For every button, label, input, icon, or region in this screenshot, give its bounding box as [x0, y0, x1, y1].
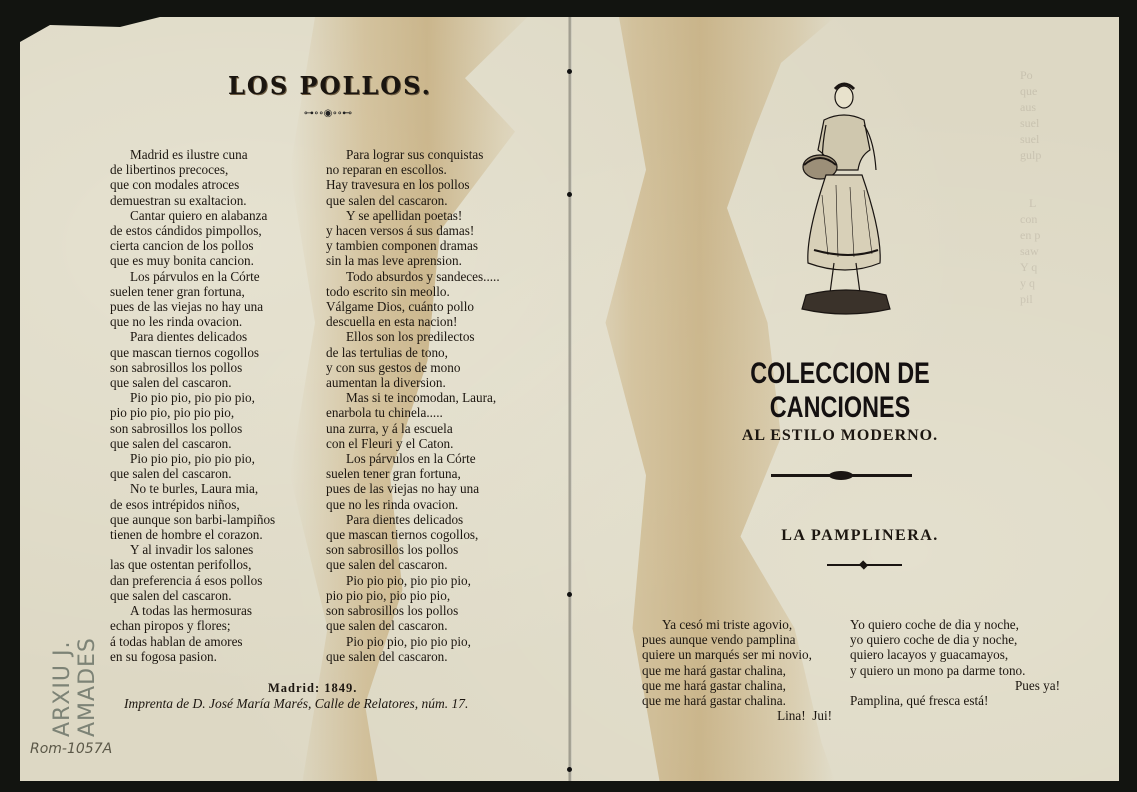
song-title: LA PAMPLINERA. — [740, 527, 980, 545]
imprint-printer: Imprenta de D. José María Marés, Calle d… — [124, 696, 468, 712]
verse-line: de libertinos precoces, — [110, 162, 275, 177]
stitch-hole — [567, 767, 572, 772]
verse-line: Pio pio pio, pio pio pio, — [110, 390, 275, 405]
verse-line: y hacen versos á sus damas! — [326, 223, 500, 238]
stitch-hole — [567, 69, 572, 74]
verse-line: pio pio pio, pio pio pio, — [110, 405, 275, 420]
verse-line: yo quiero coche de dia y noche, — [850, 632, 1060, 647]
ornament-rule-short — [827, 564, 902, 566]
imprint-city-year: Madrid: 1849. — [268, 681, 357, 696]
verse-line: Pio pio pio, pio pio pio, — [326, 634, 500, 649]
verse-line: con el Fleuri y el Caton. — [326, 436, 500, 451]
verse-line: que es muy bonita cancion. — [110, 253, 275, 268]
verse-line: cierta cancion de los pollos — [110, 238, 275, 253]
verse-line: de las tertulias de tono, — [326, 345, 500, 360]
verse-line: y quiero un mono pa darme tono. — [850, 663, 1060, 678]
verse-line: Pues ya! — [850, 678, 1060, 693]
verse-line: tienen de hombre el corazon. — [110, 527, 275, 542]
document-sheet: Po que aus suel suel gulp L con en p saw… — [20, 17, 1119, 781]
center-fold — [568, 17, 572, 781]
verse-line: á todas hablan de amores — [110, 634, 275, 649]
verse-line: Y al invadir los salones — [110, 542, 275, 557]
verse-line: pues de las viejas no hay una — [326, 481, 500, 496]
verse-line: todo escrito sin meollo. — [326, 284, 500, 299]
verse-line: Madrid es ilustre cuna — [110, 147, 275, 162]
archive-stamp: ARXIU J. AMADES — [50, 597, 110, 737]
verse-line: Válgame Dios, cuánto pollo — [326, 299, 500, 314]
verse-line: Yo quiero coche de dia y noche, — [850, 617, 1060, 632]
collection-subtitle: AL ESTILO MODERNO. — [670, 427, 1010, 445]
verse-line: en su fogosa pasion. — [110, 649, 275, 664]
archive-stamp-line-2: AMADES — [75, 597, 100, 737]
verse-line: Y se apellidan poetas! — [326, 208, 500, 223]
verse-line: son sabrosillos los pollos — [110, 360, 275, 375]
stitch-hole — [567, 192, 572, 197]
bleed-through-text: Po que aus suel suel gulp L con en p saw… — [1020, 67, 1041, 307]
verse-line: que mascan tiernos cogollos, — [326, 527, 500, 542]
verse-line: Todo absurdos y sandeces..... — [326, 269, 500, 284]
verse-line: dan preferencia á esos pollos — [110, 573, 275, 588]
verse-line: que aunque son barbi-lampiños — [110, 512, 275, 527]
verse-line: demuestran su exaltacion. — [110, 193, 275, 208]
verse-line: de estos cándidos pimpollos, — [110, 223, 275, 238]
verse-line: que salen del cascaron. — [326, 618, 500, 633]
verse-line: que salen del cascaron. — [110, 375, 275, 390]
verse-line: enarbola tu chinela..... — [326, 405, 500, 420]
verse-line: quiere un marqués ser mi novio, — [642, 647, 832, 662]
verse-line: Ellos son los predilectos — [326, 329, 500, 344]
verse-line: Los párvulos en la Córte — [110, 269, 275, 284]
verse-line: Para dientes delicados — [326, 512, 500, 527]
page-title-left: LOS POLLOS. — [220, 71, 440, 100]
verse-line: que salen del cascaron. — [110, 588, 275, 603]
verse-line: las que ostentan perifollos, — [110, 557, 275, 572]
verse-line: y con sus gestos de mono — [326, 360, 500, 375]
verse-line: y tambien componen dramas — [326, 238, 500, 253]
verse-line: echan piropos y flores; — [110, 618, 275, 633]
song-verse-b: Yo quiero coche de dia y noche,yo quiero… — [850, 617, 1060, 708]
verse-line: Hay travesura en los pollos — [326, 177, 500, 192]
verse-line: Lina! Jui! — [642, 708, 832, 723]
verse-line: que salen del cascaron. — [110, 436, 275, 451]
verse-line: una zurra, y á la escuela — [326, 421, 500, 436]
verse-line: sin la mas leve aprension. — [326, 253, 500, 268]
verse-line: que no les rinda ovacion. — [326, 497, 500, 512]
verse-line: Pio pio pio, pio pio pio, — [110, 451, 275, 466]
verse-line: descuella en esta nacion! — [326, 314, 500, 329]
verse-line: Ya cesó mi triste agovio, — [642, 617, 832, 632]
verse-line: Mas si te incomodan, Laura, — [326, 390, 500, 405]
verse-line: que no les rinda ovacion. — [110, 314, 275, 329]
verse-line: Cantar quiero en alabanza — [110, 208, 275, 223]
poem-column-a: Madrid es ilustre cunade libertinos prec… — [110, 147, 275, 664]
verse-line: pues de las viejas no hay una — [110, 299, 275, 314]
shelfmark: Rom-1057A — [30, 741, 112, 757]
verse-line: no reparan en escollos. — [326, 162, 500, 177]
verse-line: pio pio pio, pio pio pio, — [326, 588, 500, 603]
verse-line: que mascan tiernos cogollos — [110, 345, 275, 360]
verse-line: Para lograr sus conquistas — [326, 147, 500, 162]
verse-line: Los párvulos en la Córte — [326, 451, 500, 466]
verse-line: pues aunque vendo pamplina — [642, 632, 832, 647]
archive-stamp-line-1: ARXIU J. — [50, 597, 75, 737]
verse-line: suelen tener gran fortuna, — [326, 466, 500, 481]
verse-line: No te burles, Laura mia, — [110, 481, 275, 496]
verse-line: Pio pio pio, pio pio pio, — [326, 573, 500, 588]
stitch-hole — [567, 592, 572, 597]
verse-line: de esos intrépidos niños, — [110, 497, 275, 512]
verse-line: quiero lacayos y guacamayos, — [850, 647, 1060, 662]
woodcut-woman-icon — [786, 75, 896, 315]
song-verse-a: Ya cesó mi triste agovio,pues aunque ven… — [642, 617, 832, 723]
verse-line: son sabrosillos los pollos — [110, 421, 275, 436]
verse-line: Pamplina, qué fresca está! — [850, 693, 1060, 708]
verse-line: que salen del cascaron. — [326, 193, 500, 208]
verse-line: Para dientes delicados — [110, 329, 275, 344]
verse-line: que salen del cascaron. — [326, 557, 500, 572]
ornament-rule-long — [771, 474, 912, 477]
verse-line: aumentan la diversion. — [326, 375, 500, 390]
ornament-divider: ⊶∘∘◉∘∘⊷ — [288, 111, 368, 117]
verse-line: A todas las hermosuras — [110, 603, 275, 618]
poem-column-b: Para lograr sus conquistasno reparan en … — [326, 147, 500, 664]
verse-line: que me hará gastar chalina. — [642, 693, 832, 708]
verse-line: son sabrosillos los pollos — [326, 603, 500, 618]
verse-line: que me hará gastar chalina, — [642, 678, 832, 693]
verse-line: suelen tener gran fortuna, — [110, 284, 275, 299]
collection-title: COLECCION DE CANCIONES — [700, 357, 981, 425]
verse-line: son sabrosillos los pollos — [326, 542, 500, 557]
verse-line: que me hará gastar chalina, — [642, 663, 832, 678]
verse-line: que con modales atroces — [110, 177, 275, 192]
verse-line: que salen del cascaron. — [110, 466, 275, 481]
verse-line: que salen del cascaron. — [326, 649, 500, 664]
